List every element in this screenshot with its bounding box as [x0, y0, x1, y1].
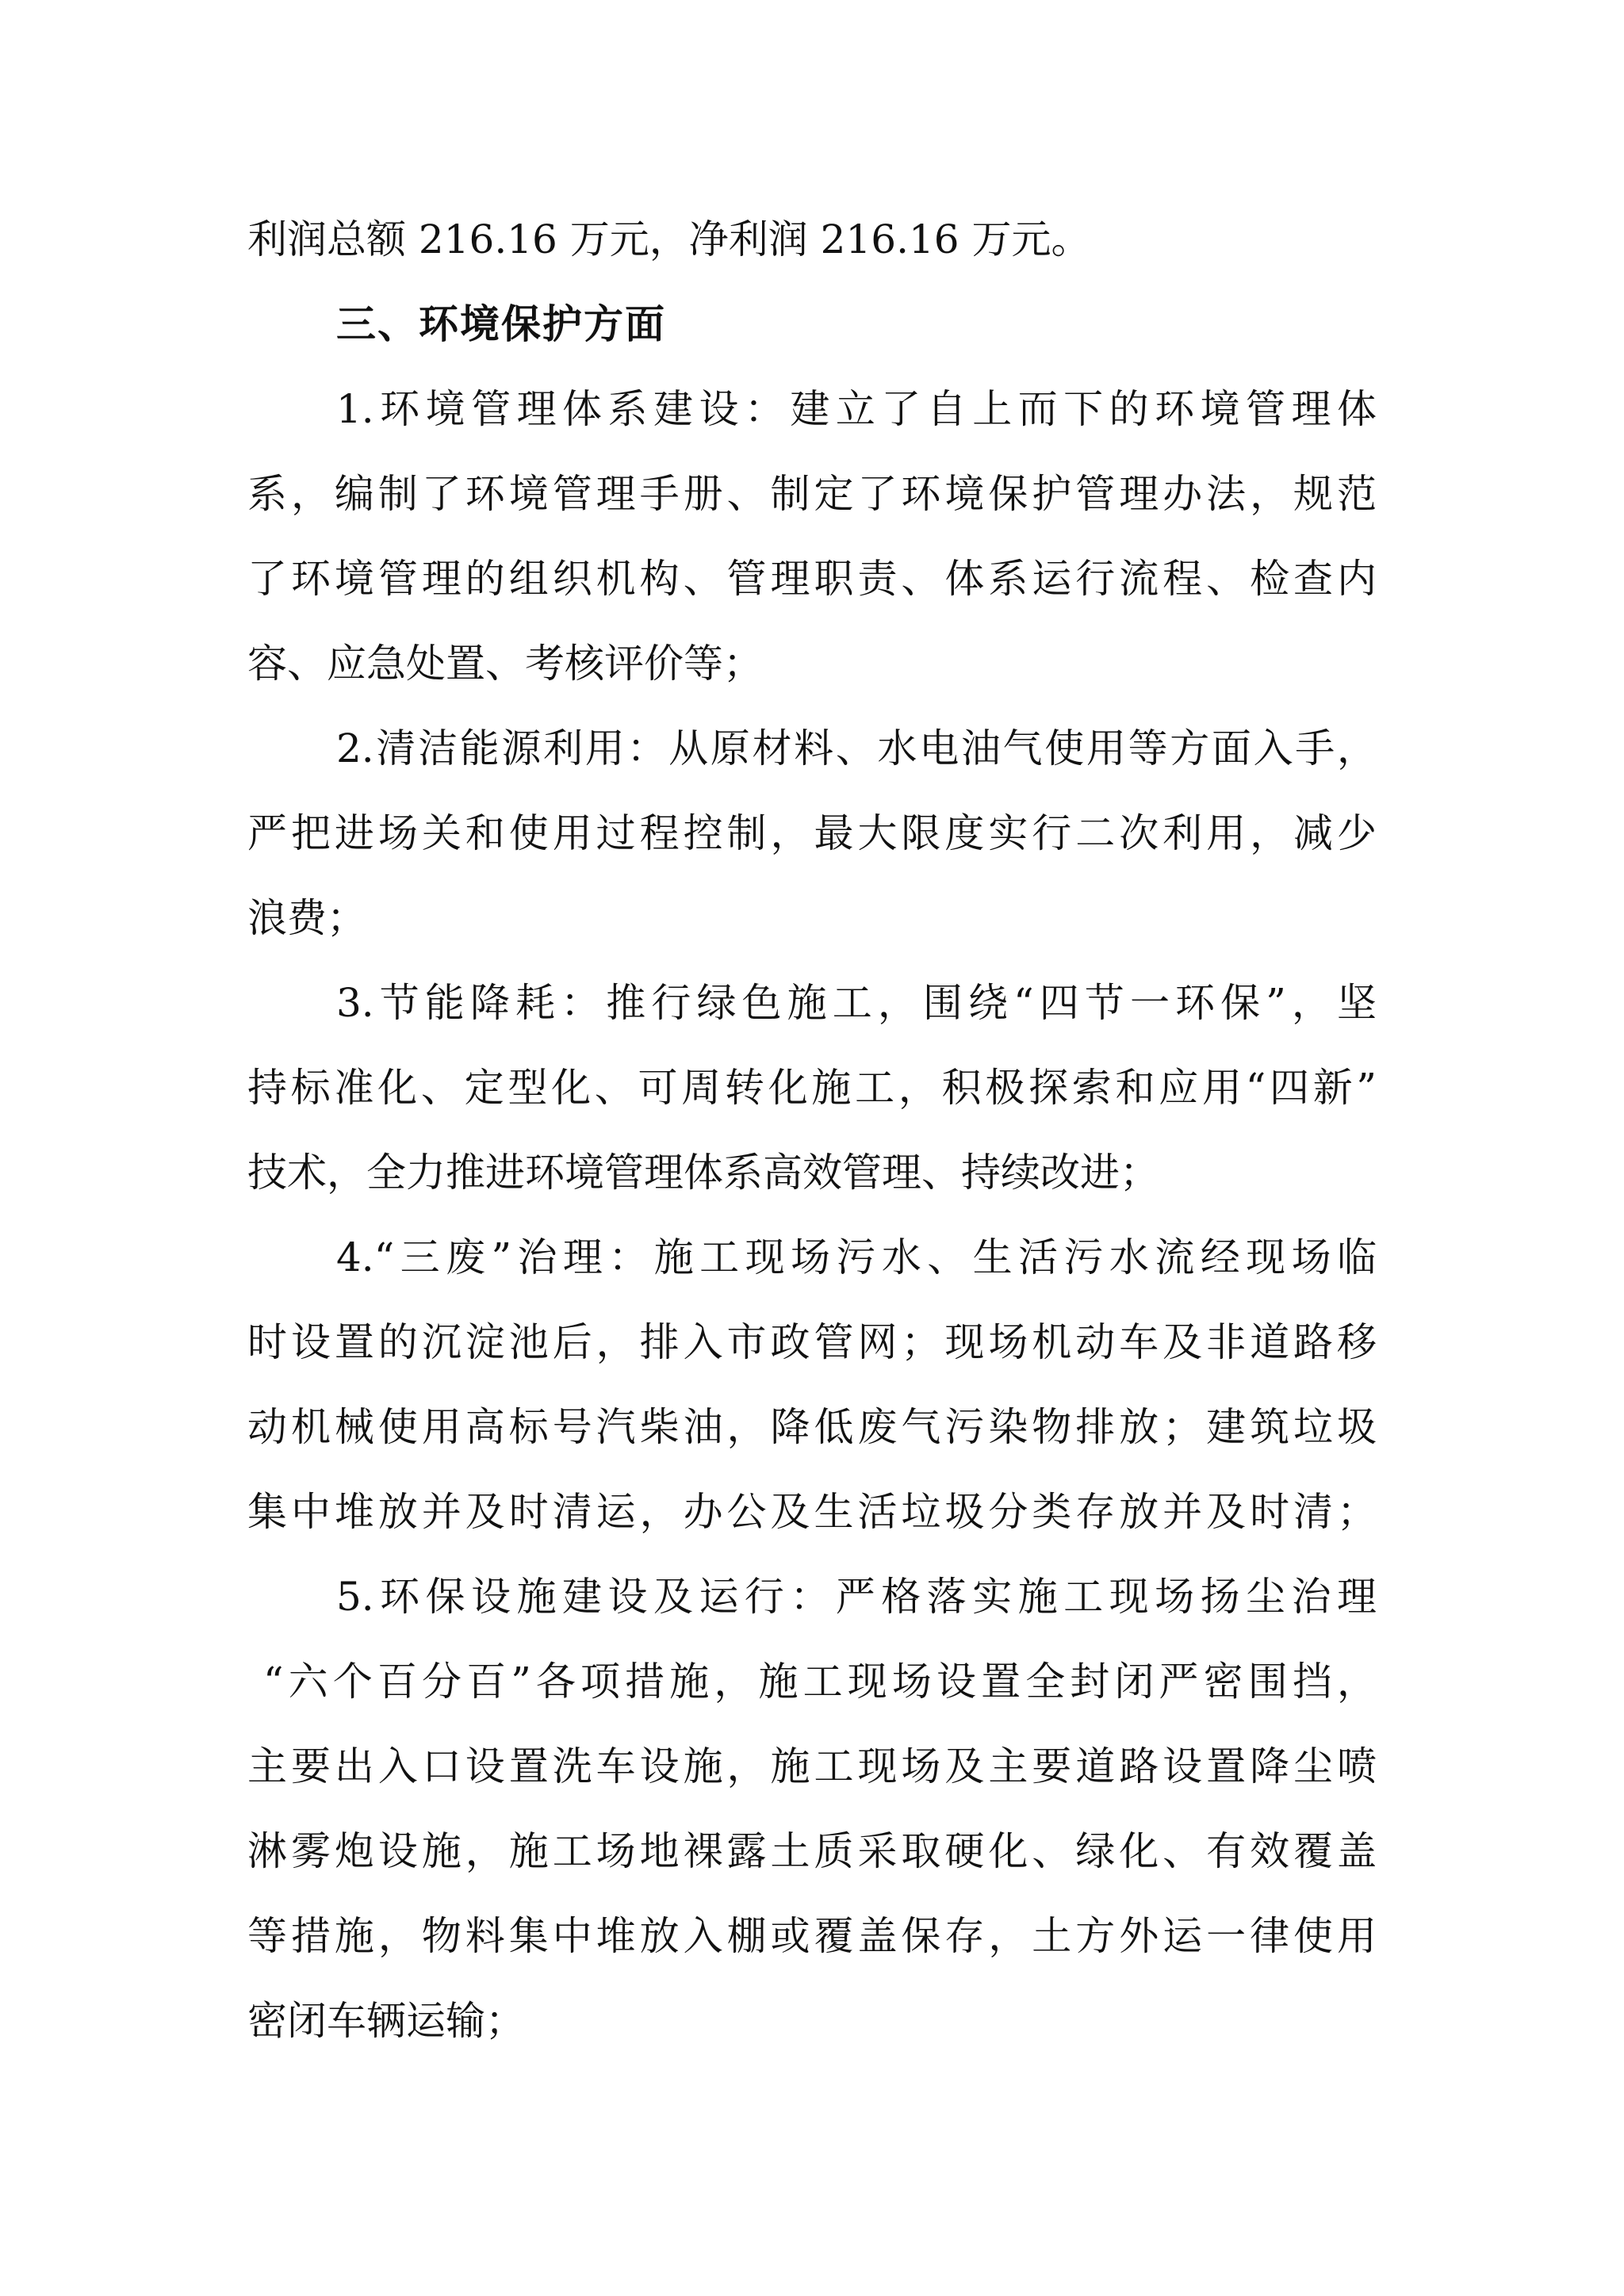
text-line-item-5-cont-2: 主要出入口设置洗车设施，施工现场及主要道路设置降尘喷: [247, 1739, 1377, 1794]
text-line-item-5-cont-3: 淋雾炮设施，施工场地裸露土质采取硬化、绿化、有效覆盖: [247, 1823, 1377, 1879]
text-line-item-3-end: 技术，全力推进环境管理体系高效管理、持续改进；: [247, 1145, 1377, 1200]
text-line-item-2-cont-1: 严把进场关和使用过程控制，最大限度实行二次利用，减少: [247, 806, 1377, 861]
text-line-item-4-start: 4.“三废”治理：施工现场污水、生活污水流经现场临: [336, 1230, 1377, 1285]
text-line-item-5-cont-1: “六个百分百”各项措施，施工现场设置全封闭严密围挡，: [263, 1654, 1377, 1709]
text-line-item-5-end: 密闭车辆运输；: [247, 1993, 1377, 2049]
text-line-item-1-cont-1: 系，编制了环境管理手册、制定了环境保护管理办法，规范: [247, 466, 1377, 522]
text-line-item-3-cont-1: 持标准化、定型化、可周转化施工，积极探索和应用“四新”: [247, 1060, 1377, 1115]
document-page: 利润总额 216.16 万元，净利润 216.16 万元。 三、环境保护方面 1…: [0, 0, 1624, 2296]
text-line-item-2-start: 2.清洁能源利用：从原材料、水电油气使用等方面入手，: [336, 721, 1377, 776]
text-line-item-4-cont-1: 时设置的沉淀池后，排入市政管网；现场机动车及非道路移: [247, 1314, 1377, 1370]
text-line-item-4-end: 集中堆放并及时清运，办公及生活垃圾分类存放并及时清；: [247, 1484, 1377, 1540]
section-heading-environmental-protection: 三、环境保护方面: [336, 297, 1377, 352]
text-line-item-4-cont-2: 动机械使用高标号汽柴油，降低废气污染物排放；建筑垃圾: [247, 1399, 1377, 1455]
text-line-item-1-end: 容、应急处置、考核评价等；: [247, 636, 1377, 691]
text-line-item-1-cont-2: 了环境管理的组织机构、管理职责、体系运行流程、检查内: [247, 551, 1377, 607]
text-line-item-5-cont-4: 等措施，物料集中堆放入棚或覆盖保存，土方外运一律使用: [247, 1908, 1377, 1964]
text-line-item-5-start: 5.环保设施建设及运行：严格落实施工现场扬尘治理: [336, 1569, 1377, 1624]
text-line-profit-summary: 利润总额 216.16 万元，净利润 216.16 万元。: [247, 212, 1377, 267]
text-line-item-1-start: 1.环境管理体系建设：建立了自上而下的环境管理体: [336, 381, 1377, 437]
text-line-item-3-start: 3.节能降耗：推行绿色施工，围绕“四节一环保”，坚: [336, 975, 1377, 1031]
text-line-item-2-end: 浪费；: [247, 890, 1377, 946]
